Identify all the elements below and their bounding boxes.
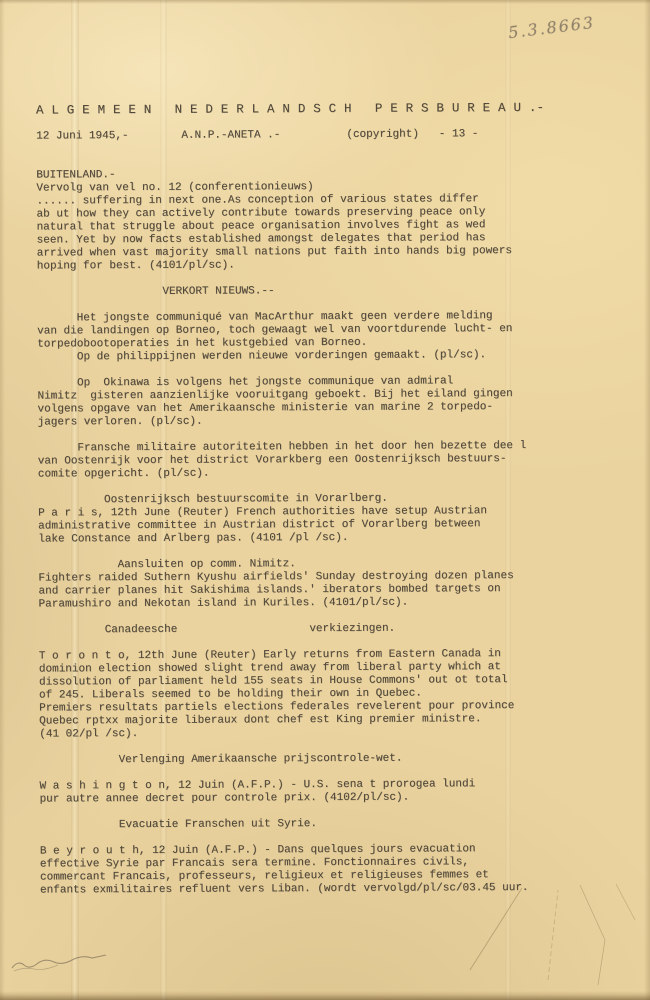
surface-scratches [430, 880, 640, 995]
paper-edge-left [0, 0, 5, 1000]
paper-edge-top [0, 0, 650, 4]
typed-text: A L G E M E E N N E D E R L A N D S C H … [36, 101, 625, 897]
pencil-scribble [8, 948, 118, 978]
paper-edge-right [644, 0, 650, 1000]
paper-edge-bottom [0, 991, 650, 1000]
document-scan: 5.3.8663 A L G E M E E N N E D E R L A N… [0, 0, 650, 1000]
pencil-archive-number: 5.3.8663 [507, 13, 596, 42]
text-line: enfants exmilitaires refluent vers Liban… [40, 881, 625, 897]
